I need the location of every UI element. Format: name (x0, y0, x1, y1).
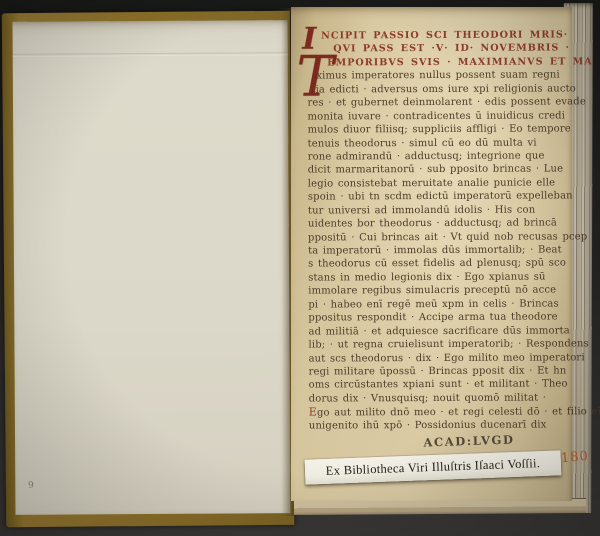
manuscript-line: rone admirandū · adductusq; integrione q… (308, 149, 560, 164)
manuscript-line: regi militare ūpossū · Brincas pposit di… (309, 364, 561, 379)
manuscript-line: stans in medio legionis dix · Ego xpianu… (308, 270, 560, 285)
manuscript-line: lib; · ut regna cruielisunt imperatorib;… (308, 338, 560, 353)
manuscript-line-rubric: QVI PASS EST ·V· ID· NOVEMBRIS · (307, 42, 559, 57)
folio-number: 180 (560, 449, 589, 466)
manuscript-line: dorus dix · Vnusquisq; nouit quomō milit… (309, 391, 561, 406)
manuscript-line: Ego aut milito dnō meo · et regi celesti… (309, 405, 561, 420)
manuscript-line: s theodorus cū esset fidelis ad plenusq;… (308, 257, 560, 272)
manuscript-line: tenuis theodorus · simul cū eo dū multa … (308, 136, 560, 151)
manuscript-line: dicit marmaritanorū · sub pposito brinca… (308, 163, 560, 178)
left-blank-page: 9 (12, 20, 290, 515)
provenance-label-text: Ex Bibliotheca Viri Illuſtris Iſaaci Voſ… (326, 456, 541, 479)
manuscript-line: ad militiā · et adquiesce sacrificare dū… (308, 324, 560, 339)
manuscript-line: tur universi ad immolandū idolis · His c… (308, 203, 560, 218)
manuscript-line: res · et gubernet deinmolarent · edis po… (307, 96, 559, 111)
pencil-mark: 9 (28, 480, 35, 491)
manuscript-line: immolare regibus simulacris preceptū nō … (308, 284, 560, 299)
parchment-page: I T NCIPIT PASSIO SCI THEODORI MRIS· QVI… (291, 7, 572, 501)
manuscript-text-block: I T NCIPIT PASSIO SCI THEODORI MRIS· QVI… (307, 28, 561, 432)
decorated-initial-t: T (296, 49, 334, 105)
manuscript-photo: 9 I T NCIPIT PASSIO SCI THEODORI MRIS· Q… (0, 0, 600, 536)
page-crease (13, 52, 288, 57)
manuscript-line: tia edicti · adversus oms iure xpi relig… (307, 82, 559, 97)
manuscript-line: uidentes bor theodorus · adductusq; ad b… (308, 217, 560, 232)
manuscript-line: ta imperatorū · immolas dūs immortalib; … (308, 243, 560, 258)
manuscript-line: unigenito ihū xpō · Possidonius ducenarī… (309, 418, 561, 433)
manuscript-line-rubric: NCIPIT PASSIO SCI THEODORI MRIS· (307, 28, 559, 43)
manuscript-line: monita iuvare · contradicentes ū inuidic… (307, 109, 559, 124)
manuscript-line: ppositū · Cui brincas ait · Vt quid nob … (308, 230, 560, 245)
manuscript-line: oms circūstantes xpiani sunt · et milita… (309, 378, 561, 393)
manuscript-line: ppositus respondit · Accipe arma tua the… (308, 311, 560, 326)
manuscript-line: spoin · ubi tn scdm edictū imperatorū ex… (308, 190, 560, 205)
manuscript-line-rubric: EMPORIBVS SVIS · MAXIMIANVS ET MA (307, 55, 559, 70)
manuscript-line: aut scs theodorus · dix · Ego milito meo… (309, 351, 561, 366)
manuscript-line: legio consistebat meruitate analie punic… (308, 176, 560, 191)
manuscript-line: pi · habeo enī regē meū xpm in celis · B… (308, 297, 560, 312)
manuscript-line: ximus imperatores nullus possent suam re… (307, 69, 559, 84)
manuscript-line: mulos diuor filiisq; suppliciis affligi … (308, 123, 560, 138)
